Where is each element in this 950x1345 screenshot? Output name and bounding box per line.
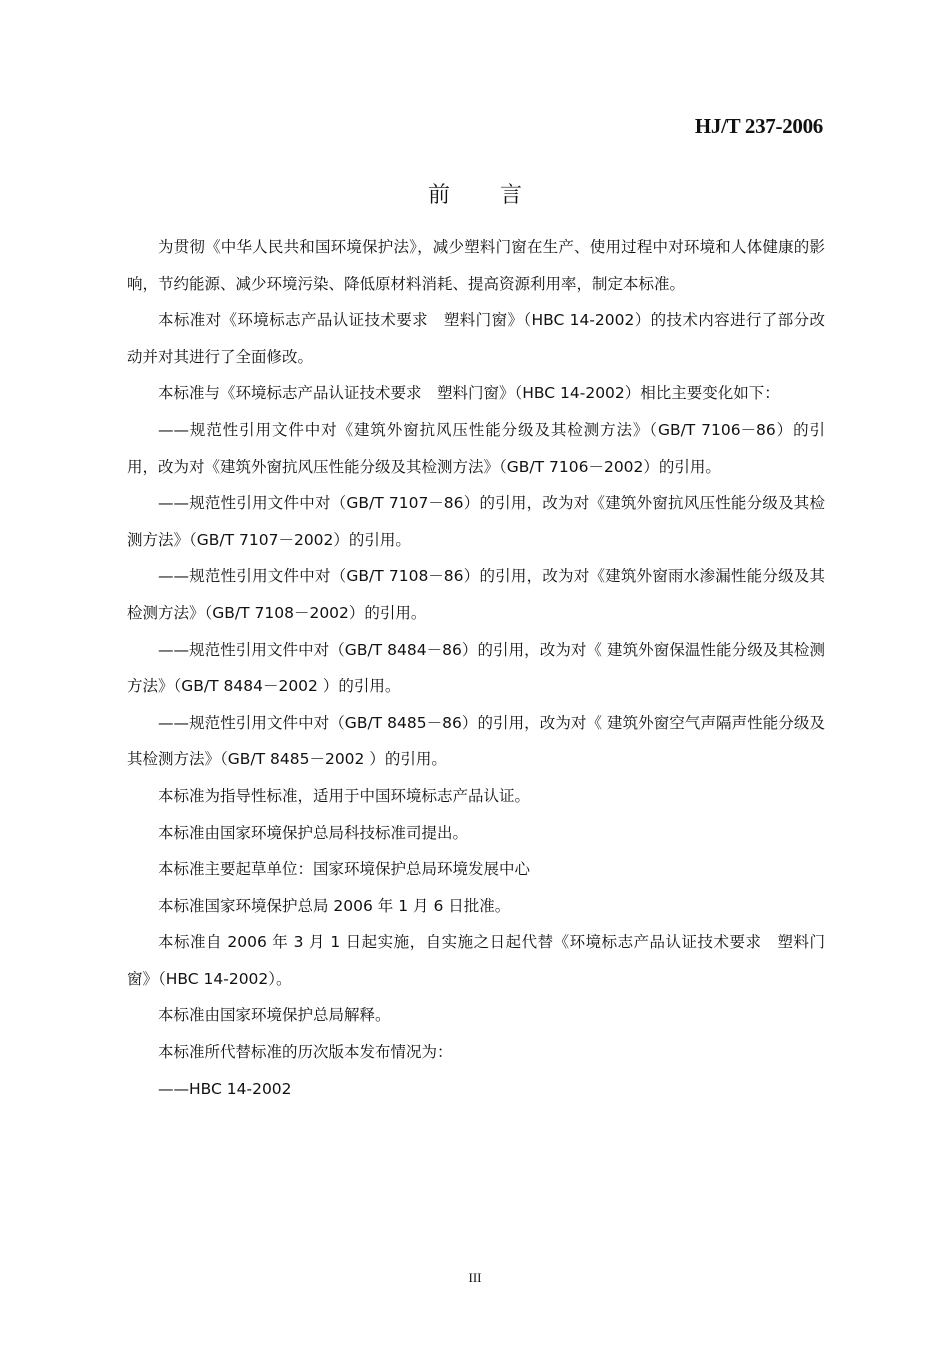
paragraph-changes-intro: 本标准与《环境标志产品认证技术要求 塑料门窗》（HBC 14-2002）相比主要… — [127, 375, 825, 412]
list-item-change-gbt8485: ——规范性引用文件中对（GB/T 8485－86）的引用，改为对《 建筑外窗空气… — [127, 705, 825, 778]
paragraph-guidance-nature: 本标准为指导性标准，适用于中国环境标志产品认证。 — [127, 778, 825, 815]
page-title: 前言 — [0, 178, 950, 209]
list-item-change-gbt7106: ——规范性引用文件中对《建筑外窗抗风压性能分级及其检测方法》（GB/T 7106… — [127, 412, 825, 485]
list-item-history-hbc: ——HBC 14-2002 — [127, 1071, 825, 1108]
standard-number: HJ/T 237-2006 — [695, 114, 823, 139]
list-item-change-gbt8484: ——规范性引用文件中对（GB/T 8484－86）的引用，改为对《 建筑外窗保温… — [127, 632, 825, 705]
foreword-body: 为贯彻《中华人民共和国环境保护法》，减少塑料门窗在生产、使用过程中对环境和人体健… — [127, 229, 825, 1107]
paragraph-history-intro: 本标准所代替标准的历次版本发布情况为： — [127, 1034, 825, 1071]
paragraph-interpretation: 本标准由国家环境保护总局解释。 — [127, 997, 825, 1034]
paragraph-effective-date: 本标准自 2006 年 3 月 1 日起实施，自实施之日起代替《环境标志产品认证… — [127, 924, 825, 997]
list-item-change-gbt7108: ——规范性引用文件中对（GB/T 7108－86）的引用，改为对《建筑外窗雨水渗… — [127, 558, 825, 631]
list-item-change-gbt7107: ——规范性引用文件中对（GB/T 7107－86）的引用，改为对《建筑外窗抗风压… — [127, 485, 825, 558]
page-number: III — [0, 1270, 950, 1286]
paragraph-revision-scope: 本标准对《环境标志产品认证技术要求 塑料门窗》（HBC 14-2002）的技术内… — [127, 302, 825, 375]
title-char-2: 言 — [500, 178, 522, 209]
paragraph-approval-date: 本标准国家环境保护总局 2006 年 1 月 6 日批准。 — [127, 888, 825, 925]
paragraph-drafting-unit: 本标准主要起草单位：国家环境保护总局环境发展中心 — [127, 851, 825, 888]
paragraph-proposed-by: 本标准由国家环境保护总局科技标准司提出。 — [127, 815, 825, 852]
title-char-1: 前 — [428, 178, 450, 209]
paragraph-purpose: 为贯彻《中华人民共和国环境保护法》，减少塑料门窗在生产、使用过程中对环境和人体健… — [127, 229, 825, 302]
